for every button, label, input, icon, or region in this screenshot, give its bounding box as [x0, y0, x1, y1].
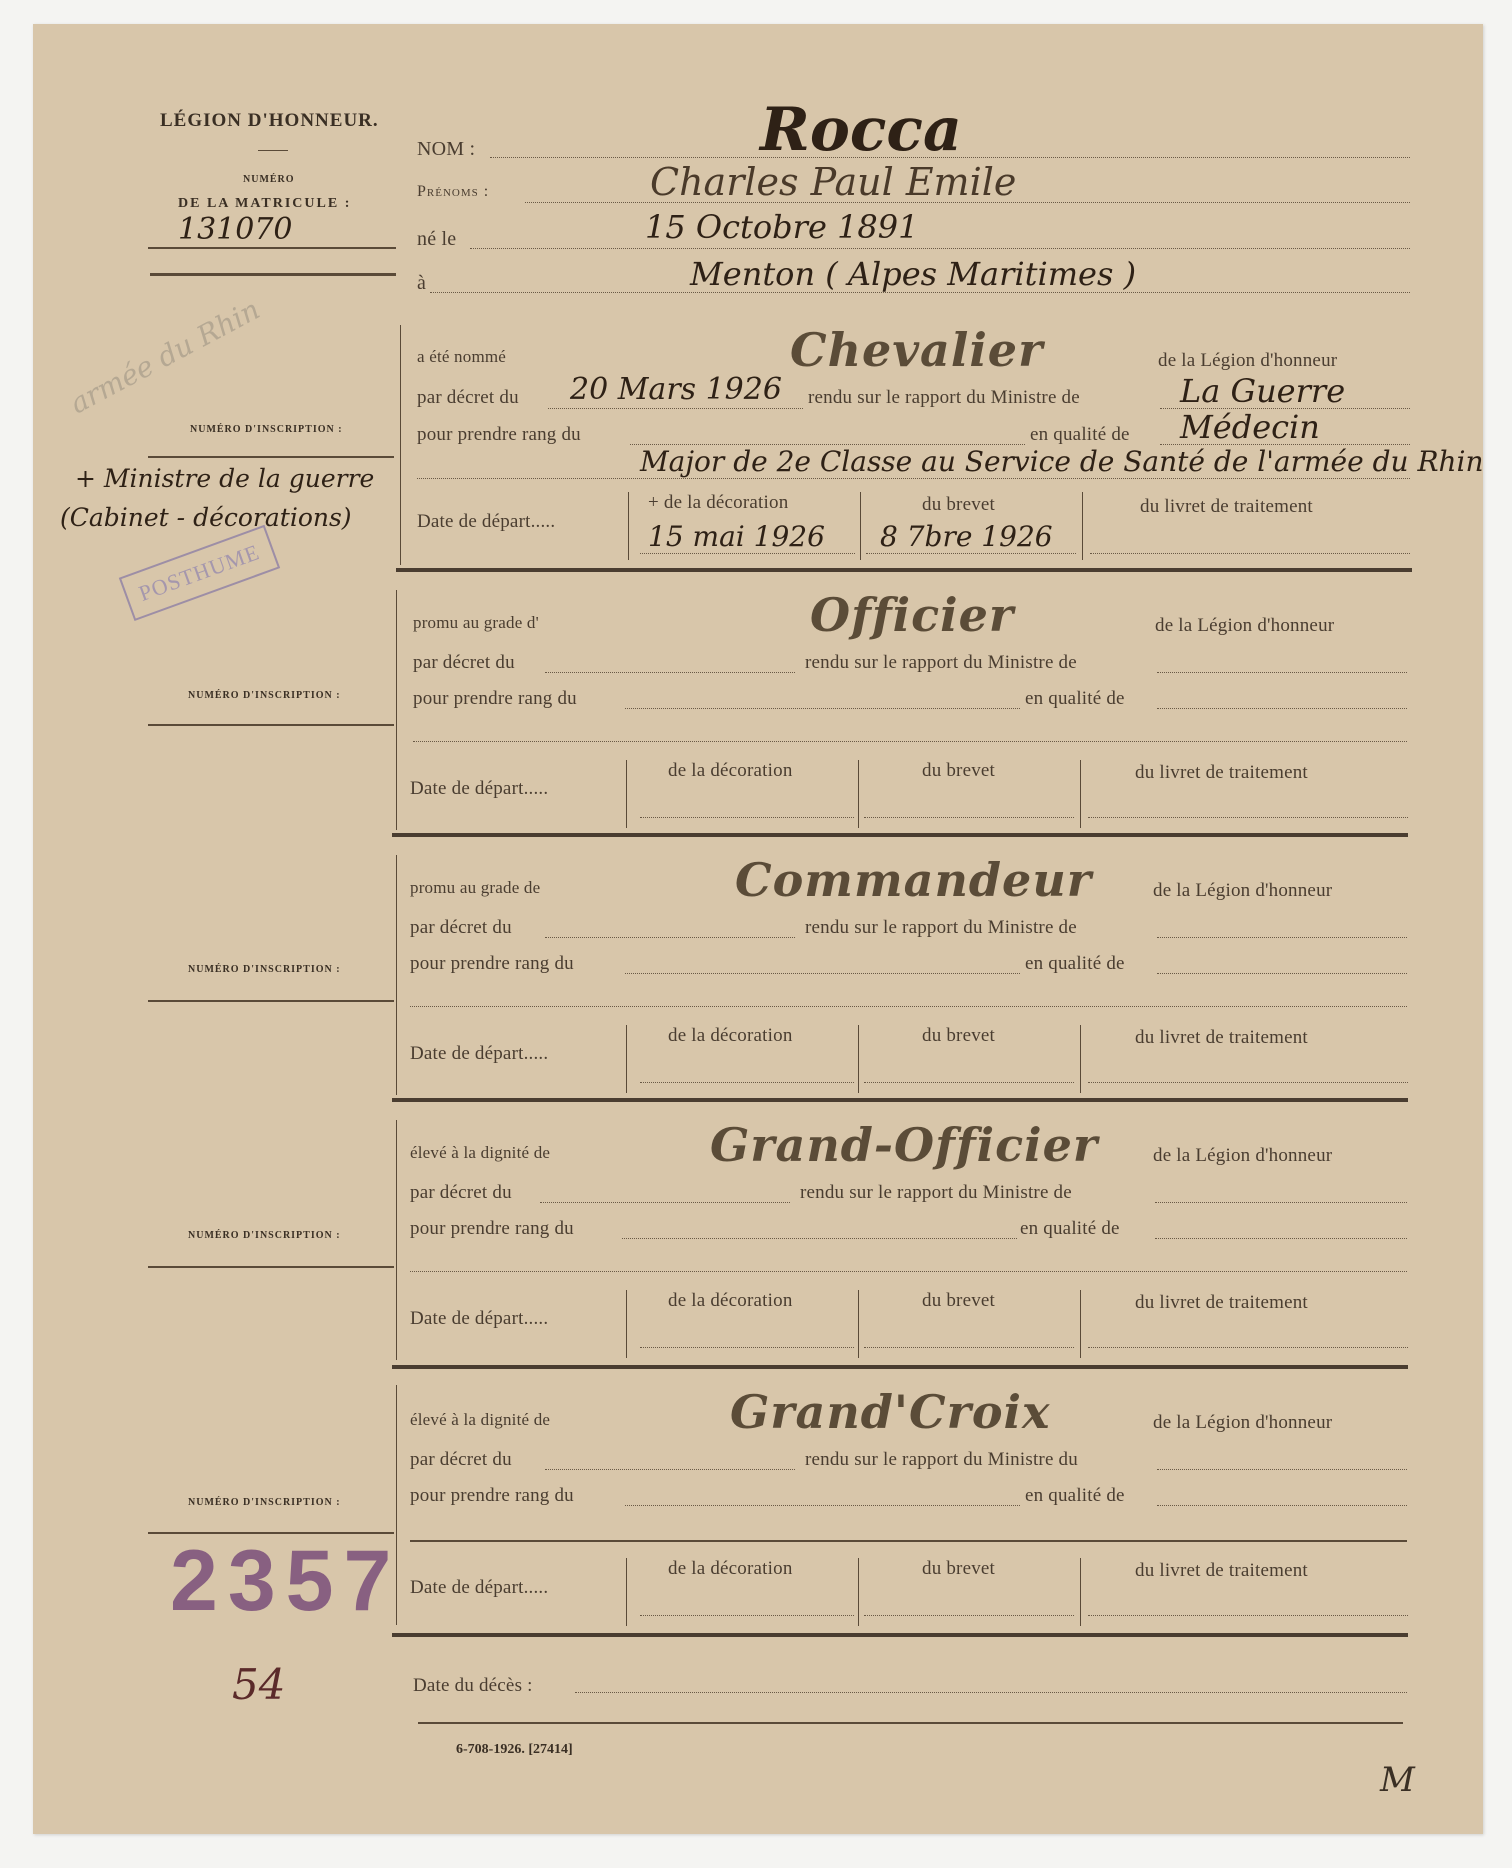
- brace: [626, 760, 627, 828]
- decret-line: [545, 937, 795, 938]
- col-livret: du livret de traitement: [1135, 1027, 1308, 1049]
- rang-line: [622, 1238, 1017, 1239]
- matricule-label-2: DE LA MATRICULE :: [178, 196, 351, 212]
- rank-title: Grand-Officier: [710, 1118, 1098, 1172]
- livret-line: [1088, 817, 1408, 818]
- qualite-line: [1155, 1238, 1407, 1239]
- matricule-value: 131070: [178, 212, 293, 247]
- decoration-line: [640, 1082, 854, 1083]
- a-label: à: [417, 272, 426, 295]
- rapport-label: rendu sur le rapport du Ministre de: [805, 652, 1077, 674]
- depart-label: Date de départ.....: [410, 778, 548, 800]
- rank-title: Chevalier: [790, 323, 1043, 377]
- depart-label: Date de départ.....: [410, 1043, 548, 1065]
- inscription-line-4: [148, 1266, 394, 1268]
- deces-label: Date du décès :: [413, 1675, 533, 1697]
- col-decoration: de la décoration: [668, 1025, 793, 1047]
- col-decoration: de la décoration: [668, 760, 793, 782]
- section-divider: [392, 1633, 1408, 1637]
- margin-note-line-2: (Cabinet - décorations): [60, 503, 352, 532]
- intro-text: élevé à la dignité de: [410, 1143, 550, 1163]
- rang-label: pour prendre rang du: [410, 1485, 574, 1507]
- inscription-label-2: NUMÉRO D'INSCRIPTION :: [188, 690, 341, 701]
- decoration-value: 15 mai 1926: [648, 520, 825, 553]
- nom-value: Rocca: [760, 95, 962, 165]
- col-divider: [1080, 760, 1081, 828]
- col-brevet: du brevet: [922, 1558, 995, 1580]
- nom-label: NOM :: [417, 138, 475, 161]
- rapport-label: rendu sur le rapport du Ministre de: [808, 387, 1080, 409]
- ministre-line: [1157, 1469, 1407, 1470]
- col-divider: [858, 1025, 859, 1093]
- col-brevet: du brevet: [922, 760, 995, 782]
- section-brace: [396, 1120, 397, 1360]
- decret-label: par décret du: [410, 917, 512, 939]
- section-brace: [400, 325, 401, 565]
- inscription-label-1: NUMÉRO D'INSCRIPTION :: [190, 424, 343, 435]
- col-livret: du livret de traitement: [1135, 1292, 1308, 1314]
- decret-label: par décret du: [410, 1182, 512, 1204]
- a-value: Menton ( Alpes Maritimes ): [690, 255, 1136, 293]
- section-divider: [392, 1098, 1408, 1102]
- brace: [628, 492, 629, 560]
- intro-text: promu au grade d': [413, 613, 539, 633]
- suffix-text: de la Légion d'honneur: [1155, 615, 1334, 637]
- decret-line: [545, 672, 795, 673]
- depart-label: Date de départ.....: [410, 1577, 548, 1599]
- rapport-label: rendu sur le rapport du Ministre du: [805, 1449, 1078, 1471]
- section-brace: [396, 855, 397, 1095]
- depart-label: Date de départ.....: [417, 511, 555, 533]
- ministre-line: [1157, 672, 1407, 673]
- qualite-line: [1157, 708, 1407, 709]
- suffix-text: de la Légion d'honneur: [1153, 1412, 1332, 1434]
- decoration-line: [640, 817, 854, 818]
- extra-line: [417, 478, 1410, 479]
- depart-label: Date de départ.....: [410, 1308, 548, 1330]
- col-decoration: de la décoration: [668, 1290, 793, 1312]
- ne-le-line: [470, 248, 1410, 249]
- margin-note-line-1: + Ministre de la guerre: [75, 464, 374, 493]
- brevet-line: [864, 1347, 1074, 1348]
- ministre-line: [1157, 937, 1407, 938]
- decret-label: par décret du: [417, 387, 519, 409]
- col-divider: [1080, 1025, 1081, 1093]
- rang-label: pour prendre rang du: [413, 688, 577, 710]
- col-divider: [858, 1558, 859, 1626]
- suffix-text: de la Légion d'honneur: [1153, 1145, 1332, 1167]
- qualite-label: en qualité de: [1025, 1485, 1125, 1507]
- ne-le-label: né le: [417, 228, 456, 251]
- col-divider: [858, 760, 859, 828]
- prenoms-value: Charles Paul Emile: [650, 160, 1016, 204]
- livret-line: [1088, 1615, 1408, 1616]
- col-brevet: du brevet: [922, 494, 995, 516]
- intro-text: a été nommé: [417, 347, 506, 367]
- brace: [626, 1025, 627, 1093]
- decret-label: par décret du: [413, 652, 515, 674]
- extra-line: [410, 1540, 1407, 1542]
- rank-title: Officier: [810, 588, 1014, 642]
- brevet-value: 8 7bre 1926: [880, 520, 1053, 553]
- col-livret: du livret de traitement: [1140, 496, 1313, 518]
- prenoms-label: Prénoms :: [417, 183, 489, 201]
- extra-line: [410, 1006, 1407, 1007]
- stamped-number: 2357: [170, 1532, 401, 1631]
- section-divider: [392, 1365, 1408, 1369]
- livret-line: [1088, 1082, 1408, 1083]
- brace: [626, 1290, 627, 1358]
- extra-line: [410, 1271, 1407, 1272]
- ministre-value: La Guerre: [1180, 372, 1345, 410]
- decoration-line: [640, 553, 855, 554]
- brevet-line: [864, 1615, 1074, 1616]
- col-brevet: du brevet: [922, 1025, 995, 1047]
- matricule-label-1: NUMÉRO: [243, 174, 295, 185]
- decoration-line: [640, 1615, 854, 1616]
- print-reference: 6-708-1926. [27414]: [456, 1742, 573, 1758]
- rapport-label: rendu sur le rapport du Ministre de: [800, 1182, 1072, 1204]
- col-divider: [1082, 492, 1083, 560]
- divider: [258, 150, 288, 151]
- matricule-underline: [148, 247, 396, 249]
- col-decoration: de la décoration: [668, 1558, 793, 1580]
- decoration-line: [640, 1347, 854, 1348]
- section-divider: [396, 568, 1412, 572]
- col-decoration: + de la décoration: [648, 492, 788, 514]
- qualite-line: [1157, 1505, 1407, 1506]
- rapport-label: rendu sur le rapport du Ministre de: [805, 917, 1077, 939]
- decret-value: 20 Mars 1926: [570, 372, 782, 407]
- suffix-text: de la Légion d'honneur: [1158, 350, 1337, 372]
- footer-rule: [418, 1722, 1403, 1724]
- decret-line: [548, 408, 803, 409]
- qualite-label: en qualité de: [1025, 953, 1125, 975]
- rang-label: pour prendre rang du: [410, 953, 574, 975]
- handwritten-number: 54: [232, 1660, 285, 1709]
- col-divider: [1080, 1558, 1081, 1626]
- rank-title: Commandeur: [735, 853, 1092, 907]
- col-divider: [858, 1290, 859, 1358]
- qualite-value: Médecin: [1180, 408, 1320, 446]
- extra-line: [413, 741, 1407, 742]
- brevet-line: [864, 817, 1074, 818]
- qualite-label: en qualité de: [1030, 424, 1130, 446]
- rang-line: [625, 973, 1020, 974]
- col-livret: du livret de traitement: [1135, 762, 1308, 784]
- inscription-label-4: NUMÉRO D'INSCRIPTION :: [188, 1230, 341, 1241]
- ne-le-value: 15 Octobre 1891: [645, 208, 919, 246]
- rang-line: [625, 1505, 1020, 1506]
- livret-line: [1090, 553, 1410, 554]
- decret-line: [545, 1469, 795, 1470]
- intro-text: promu au grade de: [410, 878, 540, 898]
- livret-line: [1088, 1347, 1408, 1348]
- col-livret: du livret de traitement: [1135, 1560, 1308, 1582]
- rank-title: Grand'Croix: [730, 1385, 1050, 1439]
- extra-line-value: Major de 2e Classe au Service de Santé d…: [640, 445, 1484, 478]
- qualite-label: en qualité de: [1025, 688, 1125, 710]
- inscription-label-5: NUMÉRO D'INSCRIPTION :: [188, 1497, 341, 1508]
- inscription-line-2: [148, 724, 394, 726]
- inscription-line-1: [148, 456, 394, 458]
- brevet-line: [864, 1082, 1074, 1083]
- deces-line: [575, 1692, 1407, 1693]
- qualite-label: en qualité de: [1020, 1218, 1120, 1240]
- rang-label: pour prendre rang du: [417, 424, 581, 446]
- inscription-label-3: NUMÉRO D'INSCRIPTION :: [188, 964, 341, 975]
- corner-mark: M: [1380, 1760, 1415, 1800]
- document-title: LÉGION D'HONNEUR.: [160, 110, 379, 132]
- decret-line: [540, 1202, 790, 1203]
- intro-text: élevé à la dignité de: [410, 1410, 550, 1430]
- brevet-line: [866, 553, 1076, 554]
- rang-label: pour prendre rang du: [410, 1218, 574, 1240]
- col-divider: [1080, 1290, 1081, 1358]
- section-brace: [396, 590, 397, 830]
- brace: [626, 1558, 627, 1626]
- qualite-line: [1157, 973, 1407, 974]
- col-brevet: du brevet: [922, 1290, 995, 1312]
- col-divider: [860, 492, 861, 560]
- rang-line: [625, 708, 1020, 709]
- suffix-text: de la Légion d'honneur: [1153, 880, 1332, 902]
- section-brace: [396, 1385, 397, 1625]
- inscription-line-3: [148, 1000, 394, 1002]
- ministre-line: [1155, 1202, 1407, 1203]
- section-divider: [392, 833, 1408, 837]
- decret-label: par décret du: [410, 1449, 512, 1471]
- ornamental-rule: [150, 273, 396, 276]
